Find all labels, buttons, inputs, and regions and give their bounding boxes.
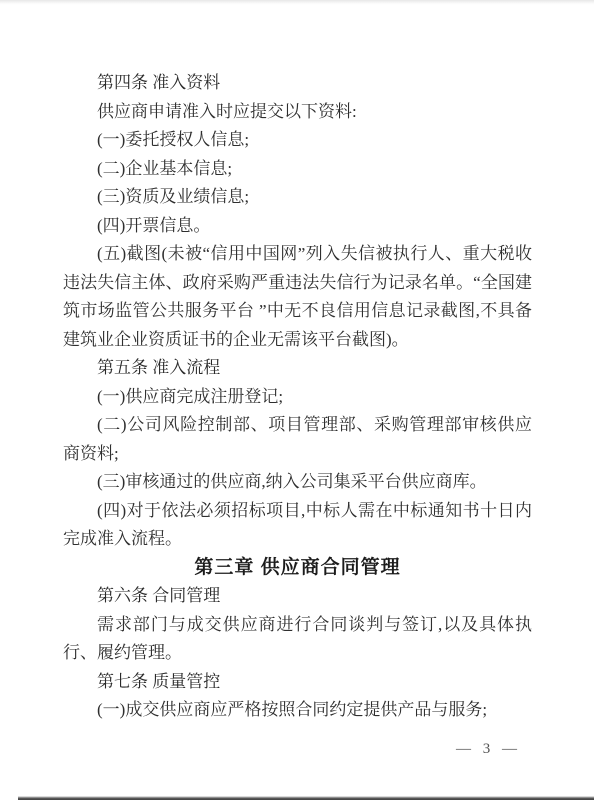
paragraph-contract-management: 需求部门与成交供应商进行合同谈判与签订,以及具体执行、履约管理。 [63,611,532,668]
list-item-2: (二)企业基本信息; [63,155,532,184]
list-item-5-screenshot-clause: (五)截图(未被“信用中国网”列入失信被执行人、重大税收违法失信主体、政府采购严… [63,240,532,354]
flow-item-3: (三)审核通过的供应商,纳入公司集采平台供应商库。 [63,468,532,497]
flow-item-4: (四)对于依法必须招标项目,中标人需在中标通知书十日内完成准入流程。 [63,497,532,554]
scan-edge-bottom [18,796,594,800]
scan-edge-top [0,0,594,5]
paragraph-intro-materials: 供应商申请准入时应提交以下资料: [63,98,532,127]
clause-heading-article-7: 第七条 质量管控 [63,668,532,697]
clause-heading-article-5: 第五条 准入流程 [63,354,532,383]
quality-item-1: (一)成交供应商应严格按照合同约定提供产品与服务; [63,696,532,725]
list-item-1: (一)委托授权人信息; [63,126,532,155]
flow-item-2: (二)公司风险控制部、项目管理部、采购管理部审核供应商资料; [63,411,532,468]
list-item-3: (三)资质及业绩信息; [63,183,532,212]
clause-heading-article-4: 第四条 准入资料 [63,69,532,98]
document-body: 第四条 准入资料 供应商申请准入时应提交以下资料: (一)委托授权人信息; (二… [63,69,532,725]
document-page: 第四条 准入资料 供应商申请准入时应提交以下资料: (一)委托授权人信息; (二… [0,0,594,800]
flow-item-1: (一)供应商完成注册登记; [63,383,532,412]
chapter-heading-3: 第三章 供应商合同管理 [63,554,532,583]
clause-heading-article-6: 第六条 合同管理 [63,582,532,611]
list-item-4: (四)开票信息。 [63,212,532,241]
page-number: — 3 — [456,741,521,758]
